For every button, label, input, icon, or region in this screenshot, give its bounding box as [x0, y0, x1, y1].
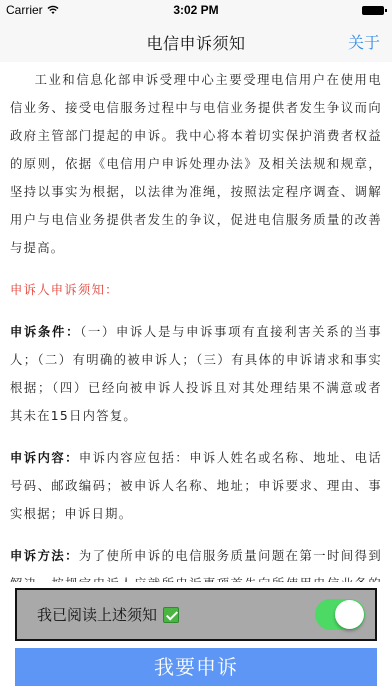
status-time: 3:02 PM [0, 3, 392, 17]
content-label: 申诉内容： [10, 451, 79, 465]
agree-toggle[interactable] [315, 599, 365, 630]
condition-paragraph: 申诉条件：（一）申诉人是与申诉事项有直接利害关系的当事人；（二）有明确的被申诉人… [10, 318, 382, 430]
status-bar: Carrier 3:02 PM [0, 0, 392, 20]
agree-panel: 我已阅读上述须知 [15, 588, 377, 641]
page-title: 电信申诉须知 [0, 31, 392, 54]
intro-paragraph: 工业和信息化部申诉受理中心主要受理电信用户在使用电信业务、接受电信服务过程中与电… [10, 66, 382, 262]
battery-icon [362, 6, 384, 15]
condition-text: （一）申诉人是与申诉事项有直接利害关系的当事人；（二）有明确的被申诉人；（三）有… [10, 325, 382, 423]
content-paragraph: 申诉内容：申诉内容应包括：申诉人姓名或名称、地址、电话号码、邮政编码；被申诉人名… [10, 444, 382, 528]
agree-label: 我已阅读上述须知 [37, 604, 157, 625]
about-button[interactable]: 关于 [348, 30, 380, 53]
method-label: 申诉方法： [10, 549, 79, 563]
submit-complaint-button[interactable]: 我要申诉 [15, 648, 377, 686]
method-paragraph: 申诉方法：为了使所申诉的电信服务质量问题在第一时间得到解决，按规定申诉人应就所申… [10, 542, 382, 582]
agree-label-group: 我已阅读上述须知 [37, 604, 179, 625]
check-mark-icon [163, 607, 179, 623]
condition-label: 申诉条件： [10, 325, 80, 339]
toggle-knob [335, 600, 364, 629]
section-title: 申诉人申诉须知： [10, 276, 382, 304]
notice-content[interactable]: 工业和信息化部申诉受理中心主要受理电信用户在使用电信业务、接受电信服务过程中与电… [0, 62, 392, 582]
navigation-bar: 电信申诉须知 关于 [0, 20, 392, 62]
